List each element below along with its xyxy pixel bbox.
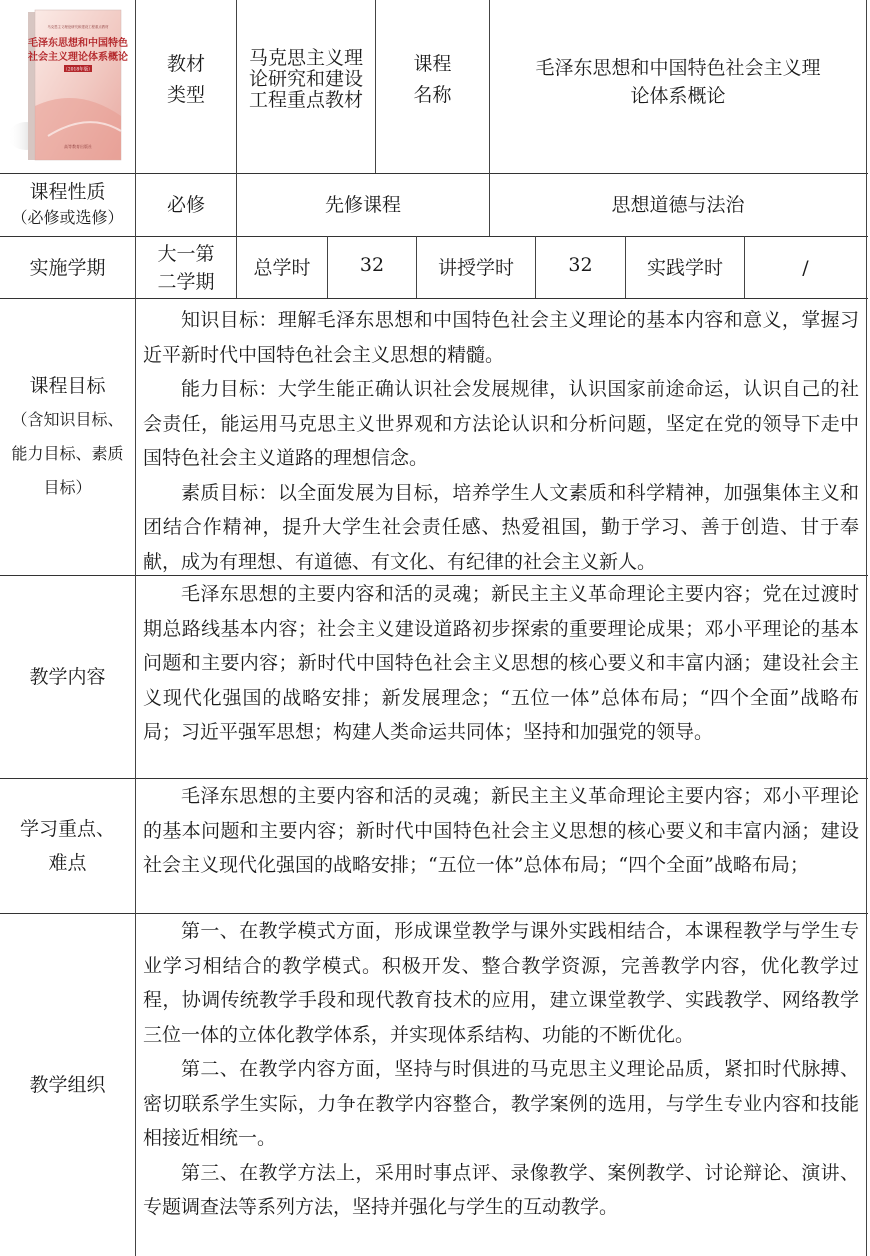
semester-value: 大一第二学期 bbox=[136, 237, 236, 298]
lecture-hours-label: 讲授学时 bbox=[417, 237, 535, 298]
prerequisite-value: 思想道德与法治 bbox=[490, 174, 866, 236]
svg-text:社会主义理论体系概论: 社会主义理论体系概论 bbox=[27, 50, 128, 63]
semester-value-text: 大一第二学期 bbox=[156, 240, 217, 296]
textbook-type-value: 马克思主义理论研究和建设工程重点教材 bbox=[237, 0, 375, 173]
organization-text: 第一、在教学模式方面，形成课堂教学与课外实践相结合，本课程教学与学生专业学习相结… bbox=[143, 914, 859, 1225]
table-right-border bbox=[866, 0, 867, 1256]
total-hours-label: 总学时 bbox=[237, 237, 327, 298]
course-nature-label: 课程性质 （必修或选修） bbox=[0, 174, 135, 236]
key-points-label: 学习重点、 难点 bbox=[0, 779, 135, 913]
course-name-value: 毛泽东思想和中国特色社会主义理论体系概论 bbox=[490, 0, 866, 173]
key-points-text: 毛泽东思想的主要内容和活的灵魂；新民主主义革命理论主要内容；邓小平理论的基本问题… bbox=[143, 779, 859, 883]
total-hours-value: 32 bbox=[328, 237, 416, 298]
content-paragraph: 毛泽东思想的主要内容和活的灵魂；新民主主义革命理论主要内容；党在过渡时期总路线基… bbox=[143, 577, 859, 750]
key-points-label-line: 学习重点、 bbox=[20, 812, 115, 846]
organization-paragraph-3: 第三、在教学方法上，采用时事点评、录像教学、案例教学、讨论辩论、演讲、专题调查法… bbox=[143, 1156, 859, 1225]
book-cover-icon: 马克思主义理论研究和建设工程重点教材 毛泽东思想和中国特色 社会主义理论体系概论… bbox=[8, 6, 128, 166]
svg-text:毛泽东思想和中国特色: 毛泽东思想和中国特色 bbox=[28, 36, 128, 49]
content-label: 教学内容 bbox=[0, 576, 135, 778]
svg-text:马克思主义理论研究和建设工程重点教材: 马克思主义理论研究和建设工程重点教材 bbox=[47, 24, 109, 29]
practice-hours-label: 实践学时 bbox=[626, 237, 744, 298]
textbook-type-value-text: 马克思主义理论研究和建设工程重点教材 bbox=[248, 48, 364, 111]
course-name-label: 课程名称 bbox=[376, 0, 489, 173]
objectives-label-sub: 目标） bbox=[43, 471, 91, 505]
course-nature-label-main: 课程性质 bbox=[29, 179, 105, 205]
textbook-type-label-text: 教材类型 bbox=[165, 49, 207, 111]
key-points-paragraph: 毛泽东思想的主要内容和活的灵魂；新民主主义革命理论主要内容；邓小平理论的基本问题… bbox=[143, 779, 859, 883]
semester-label: 实施学期 bbox=[0, 237, 135, 298]
knowledge-objective: 知识目标：理解毛泽东思想和中国特色社会主义理论的基本内容和意义，掌握习近平新时代… bbox=[143, 303, 859, 372]
practice-hours-value: / bbox=[745, 237, 866, 298]
objectives-label: 课程目标 （含知识目标、 能力目标、素质 目标） bbox=[0, 299, 135, 575]
objectives-text: 知识目标：理解毛泽东思想和中国特色社会主义理论的基本内容和意义，掌握习近平新时代… bbox=[143, 303, 859, 579]
textbook-cover-image: 马克思主义理论研究和建设工程重点教材 毛泽东思想和中国特色 社会主义理论体系概论… bbox=[8, 6, 128, 166]
course-nature-value: 必修 bbox=[136, 174, 236, 236]
objectives-label-sub: 能力目标、素质 bbox=[11, 437, 123, 471]
objectives-label-sub: （含知识目标、 bbox=[11, 403, 123, 437]
textbook-type-label: 教材类型 bbox=[136, 0, 236, 173]
course-name-label-text: 课程名称 bbox=[412, 49, 454, 111]
key-points-label-line: 难点 bbox=[48, 846, 86, 880]
lecture-hours-value: 32 bbox=[536, 237, 625, 298]
quality-objective: 素质目标：以全面发展为目标，培养学生人文素质和科学精神，加强集体主义和团结合作精… bbox=[143, 476, 859, 580]
course-nature-label-sub: （必修或选修） bbox=[11, 205, 123, 231]
course-name-value-text: 毛泽东思想和中国特色社会主义理论体系概论 bbox=[530, 54, 826, 110]
svg-text:高等教育出版社: 高等教育出版社 bbox=[64, 143, 92, 149]
organization-label: 教学组织 bbox=[0, 914, 135, 1256]
prerequisite-label: 先修课程 bbox=[237, 174, 489, 236]
ability-objective: 能力目标：大学生能正确认识社会发展规律，认识国家前途命运，认识自己的社会责任，能… bbox=[143, 372, 859, 476]
organization-paragraph-2: 第二、在教学内容方面，坚持与时俱进的马克思主义理论品质，紧扣时代脉搏、密切联系学… bbox=[143, 1052, 859, 1156]
objectives-label-main: 课程目标 bbox=[29, 369, 105, 403]
content-text: 毛泽东思想的主要内容和活的灵魂；新民主主义革命理论主要内容；党在过渡时期总路线基… bbox=[143, 577, 859, 750]
svg-text:（2018年版）: （2018年版） bbox=[63, 66, 92, 73]
organization-paragraph-1: 第一、在教学模式方面，形成课堂教学与课外实践相结合，本课程教学与学生专业学习相结… bbox=[143, 914, 859, 1052]
